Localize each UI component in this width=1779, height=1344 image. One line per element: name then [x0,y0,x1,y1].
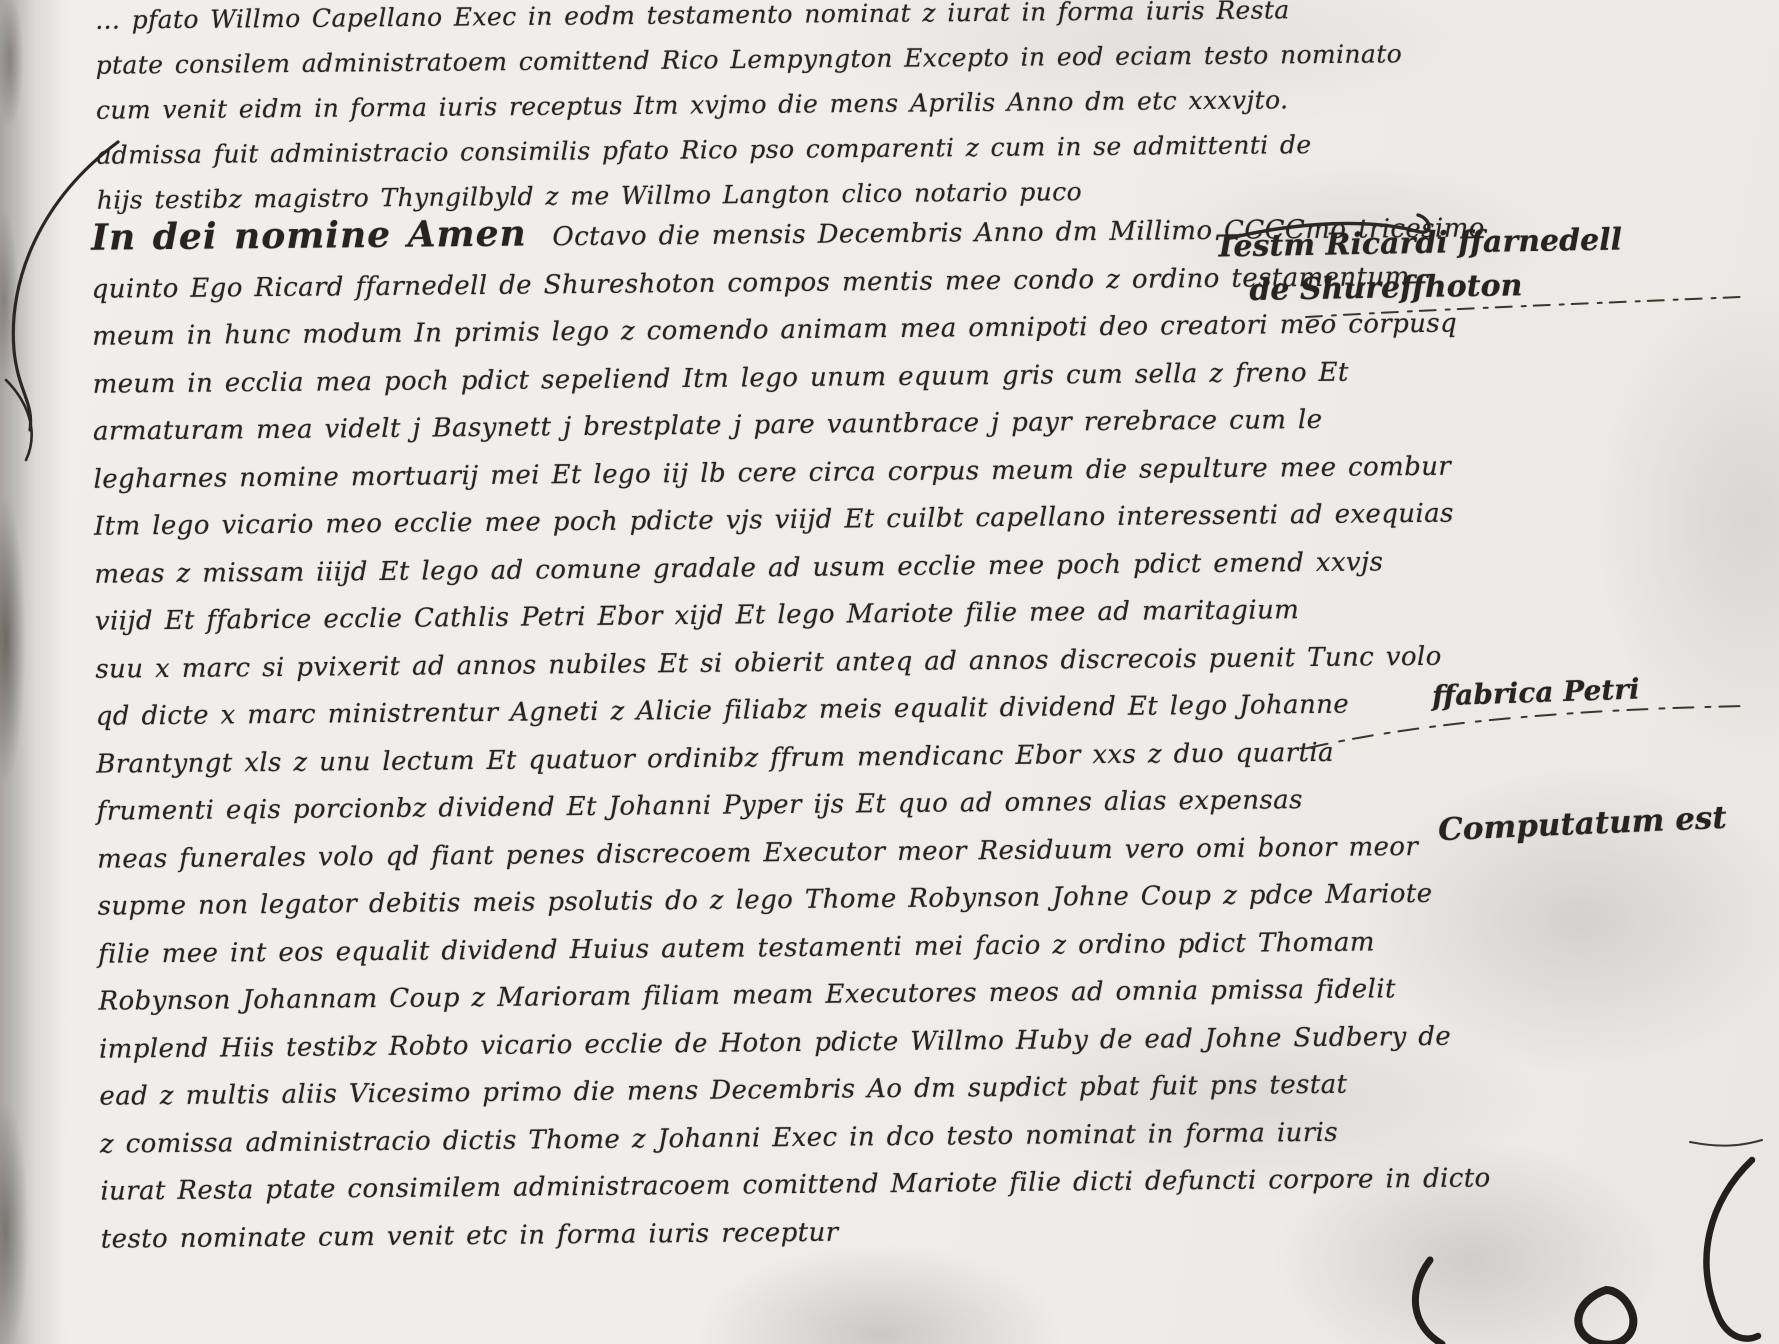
underline-swash [1308,706,1750,748]
pen-stroke [1690,1140,1762,1146]
previous-entry-block: ... pfato Willmo Capellano Exec in eodm … [95,0,1404,223]
fabric-note-flourish [1300,700,1760,760]
manuscript-page: ... pfato Willmo Capellano Exec in eodm … [0,0,1779,1344]
will-incipit: In dei nomine Amen [91,213,527,259]
pen-stroke [1707,1160,1758,1339]
pen-swash [1226,215,1429,239]
pen-stroke [6,380,32,460]
pen-loop [1578,1290,1633,1344]
will-entry-block: In dei nomine Amen Octavo die mensis Dec… [91,201,1495,1263]
will-lines: quinto Ego Ricard ffarnedell de Shuresho… [91,253,1494,1264]
pen-stroke [1415,1260,1442,1344]
testator-note-flourish [1220,205,1760,335]
underline-swash [1306,297,1740,317]
bottom-right-pen-flourish [1390,1140,1779,1344]
